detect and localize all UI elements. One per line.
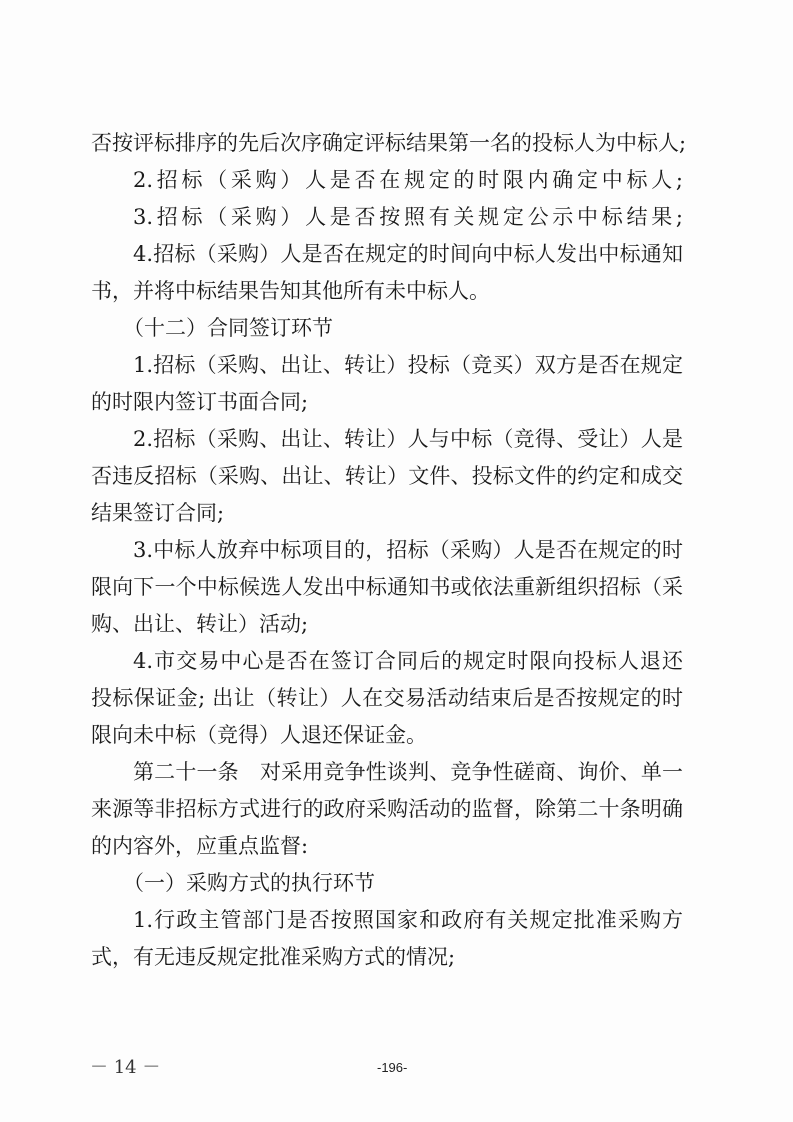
text-line: 1.行政主管部门是否按照国家和政府有关规定批准采购方 [91,902,683,939]
section-heading: （一）采购方式的执行环节 [91,865,683,902]
document-body: 否按评标排序的先后次序确定评标结果第一名的投标人为中标人; 2.招标（采购）人是… [91,125,683,976]
text-line: 3.招标（采购）人是否按照有关规定公示中标结果; [91,199,683,236]
text-line: 书，并将中标结果告知其他所有未中标人。 [91,273,683,310]
page-number-left: － 14 － [90,1053,160,1079]
text-line: 3.中标人放弃中标项目的，招标（采购）人是否在规定的时 [91,532,683,569]
text-line: 1.招标（采购、出让、转让）投标（竞买）双方是否在规定 [91,347,683,384]
text-line: 购、出让、转让）活动; [91,606,683,643]
text-line: 限向下一个中标候选人发出中标通知书或依法重新组织招标（采 [91,569,683,606]
text-line: 否违反招标（采购、出让、转让）文件、投标文件的约定和成交 [91,458,683,495]
section-heading: （十二）合同签订环节 [91,310,683,347]
text-line: 4.招标（采购）人是否在规定的时间向中标人发出中标通知 [91,236,683,273]
text-line: 2.招标（采购、出让、转让）人与中标（竞得、受让）人是 [91,421,683,458]
text-line: 结果签订合同; [91,495,683,532]
article-heading-line: 第二十一条 对采用竞争性谈判、竞争性磋商、询价、单一 [91,754,683,791]
page-number-center: -196- [377,1060,407,1075]
text-line: 投标保证金; 出让（转让）人在交易活动结束后是否按规定的时 [91,680,683,717]
text-line: 的时限内签订书面合同; [91,384,683,421]
text-line: 的内容外，应重点监督: [91,828,683,865]
text-line: 否按评标排序的先后次序确定评标结果第一名的投标人为中标人; [91,125,683,162]
text-line: 式，有无违反规定批准采购方式的情况; [91,939,683,976]
text-line: 限向未中标（竞得）人退还保证金。 [91,717,683,754]
text-line: 4.市交易中心是否在签订合同后的规定时限向投标人退还 [91,643,683,680]
text-line: 2.招标（采购）人是否在规定的时限内确定中标人; [91,162,683,199]
text-line: 来源等非招标方式进行的政府采购活动的监督，除第二十条明确 [91,791,683,828]
document-page: 否按评标排序的先后次序确定评标结果第一名的投标人为中标人; 2.招标（采购）人是… [0,0,793,1122]
